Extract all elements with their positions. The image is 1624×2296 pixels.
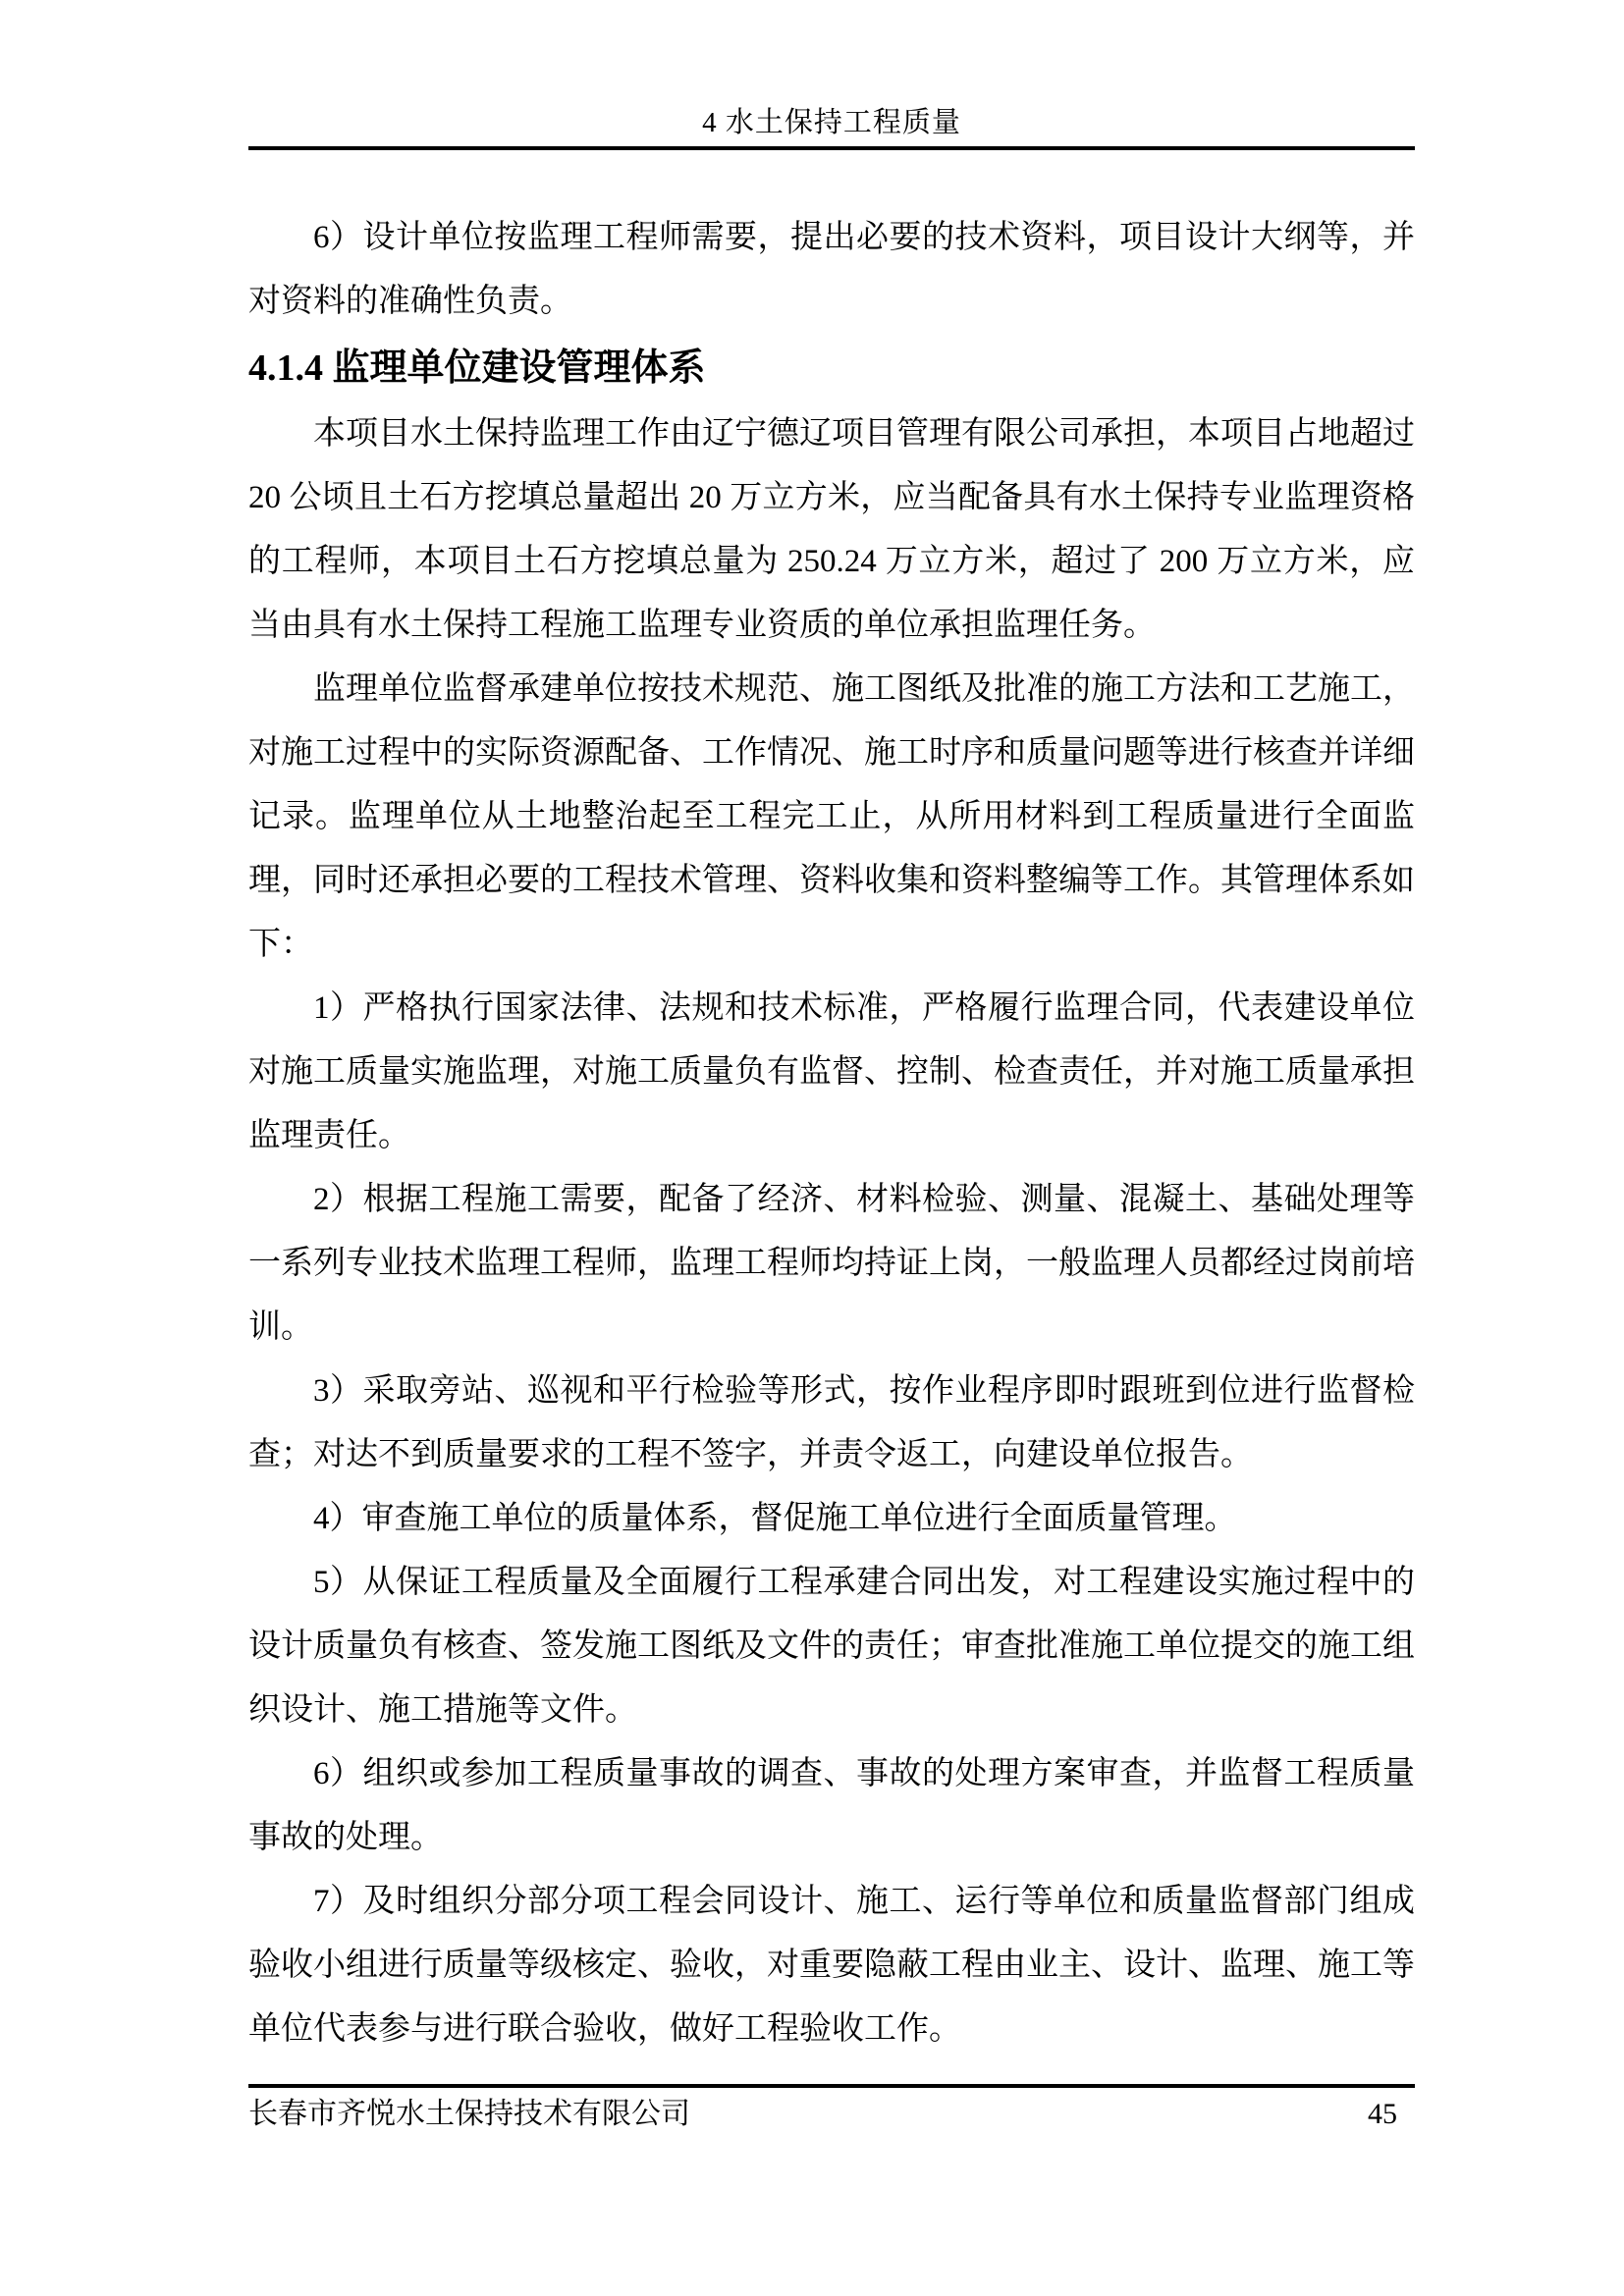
paragraph-list-item-3: 3）采取旁站、巡视和平行检验等形式，按作业程序即时跟班到位进行监督检查；对达不到… [248,1360,1415,1487]
running-head-title: 4 水土保持工程质量 [702,103,961,146]
paragraph-list-item-4: 4）审查施工单位的质量体系，督促施工单位进行全面质量管理。 [248,1487,1415,1551]
page-body: 6）设计单位按监理工程师需要，提出必要的技术资料，项目设计大纲等，并对资料的准确… [248,206,1415,2061]
paragraph-supervision-overview: 本项目水土保持监理工作由辽宁德辽项目管理有限公司承担，本项目占地超过 20 公顷… [248,402,1415,658]
footer-company-name: 长春市齐悦水土保持技术有限公司 [248,2095,690,2134]
page-footer: 长春市齐悦水土保持技术有限公司 45 [248,2084,1415,2134]
page-number: 45 [1368,2095,1415,2134]
paragraph-list-item-6: 6）组织或参加工程质量事故的调查、事故的处理方案审查，并监督工程质量事故的处理。 [248,1742,1415,1870]
document-page: 4 水土保持工程质量 6）设计单位按监理工程师需要，提出必要的技术资料，项目设计… [0,0,1624,2296]
page-header: 4 水土保持工程质量 [248,0,1415,150]
paragraph-supervision-scope: 监理单位监督承建单位按技术规范、施工图纸及批准的施工方法和工艺施工，对施工过程中… [248,658,1415,977]
paragraph-list-item-5: 5）从保证工程质量及全面履行工程承建合同出发，对工程建设实施过程中的设计质量负有… [248,1551,1415,1742]
paragraph-item-6-design-unit: 6）设计单位按监理工程师需要，提出必要的技术资料，项目设计大纲等，并对资料的准确… [248,206,1415,334]
paragraph-list-item-1: 1）严格执行国家法律、法规和技术标准，严格履行监理合同，代表建设单位对施工质量实… [248,977,1415,1168]
paragraph-list-item-2: 2）根据工程施工需要，配备了经济、材料检验、测量、混凝土、基础处理等一系列专业技… [248,1168,1415,1360]
section-heading-4-1-4: 4.1.4 监理单位建设管理体系 [248,334,1415,402]
paragraph-list-item-7: 7）及时组织分部分项工程会同设计、施工、运行等单位和质量监督部门组成验收小组进行… [248,1870,1415,2061]
